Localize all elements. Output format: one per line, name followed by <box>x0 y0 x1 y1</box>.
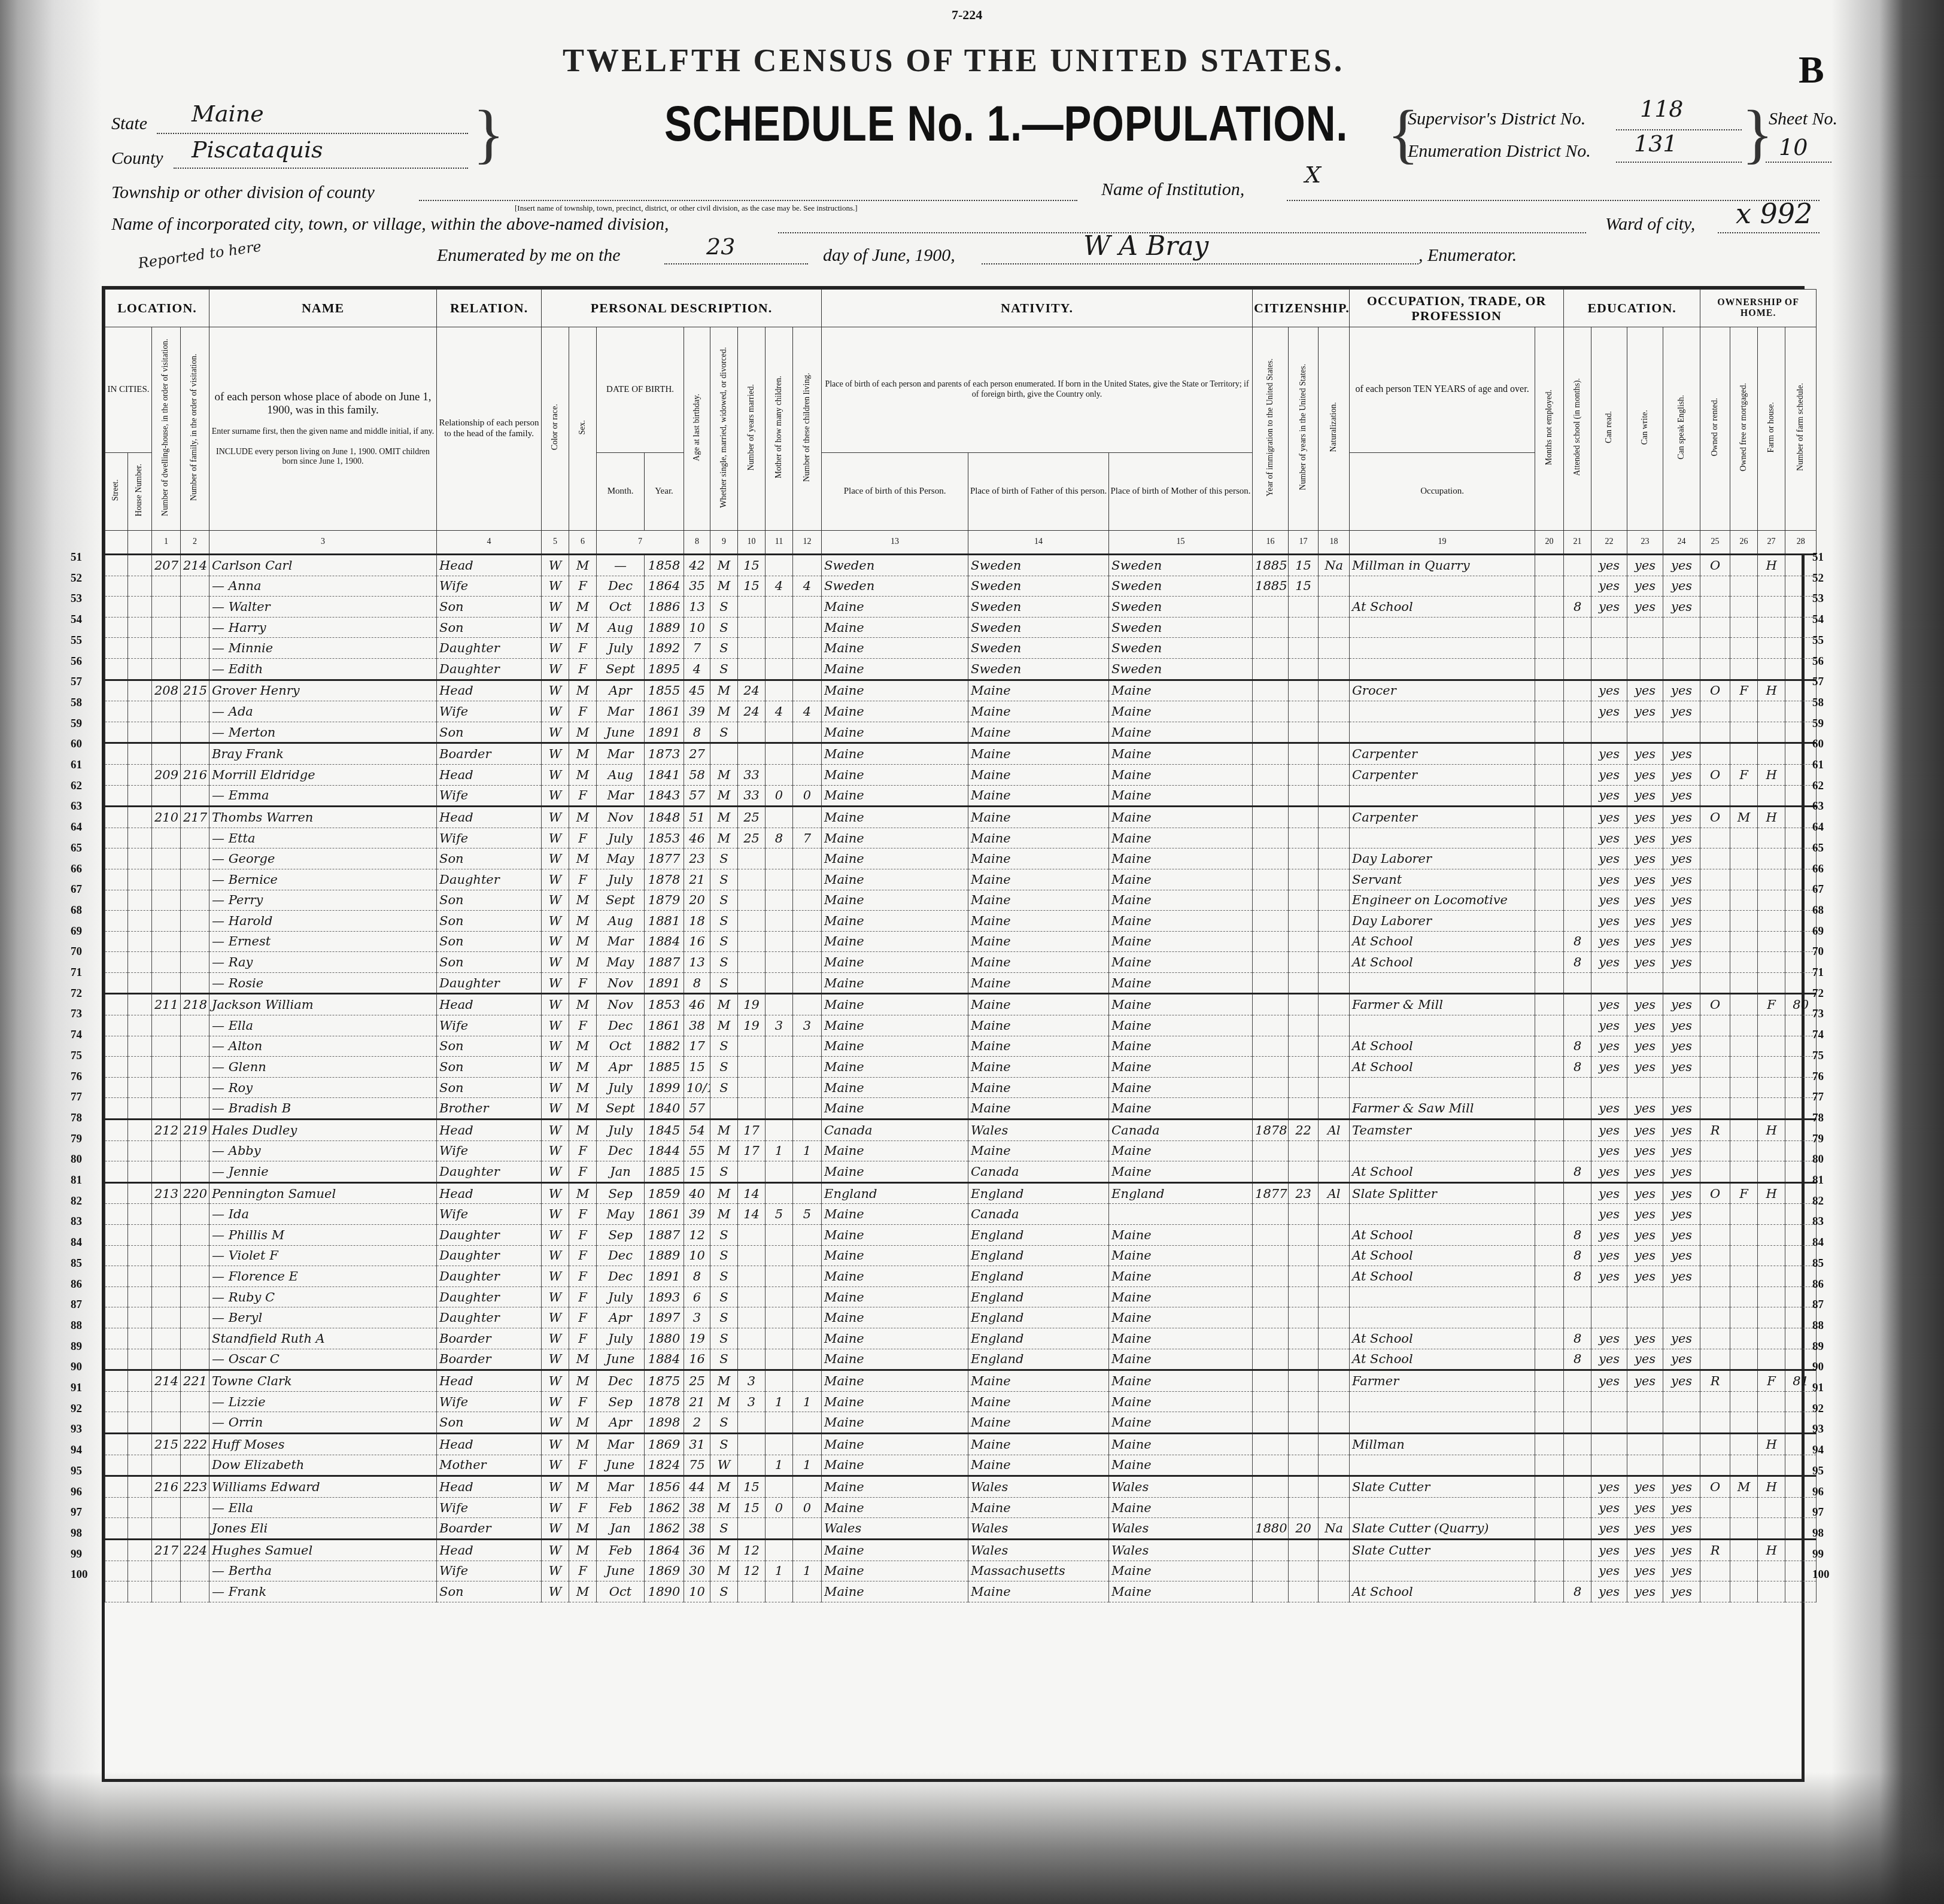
farm-schedule-cell <box>1785 890 1817 911</box>
can-read-cell <box>1591 1412 1627 1434</box>
house-number-cell <box>128 1328 152 1349</box>
farm-house-cell <box>1758 1140 1785 1161</box>
marital-status-cell <box>710 1098 738 1120</box>
name-cell: — Merton <box>209 722 437 743</box>
color-cell: W <box>542 1266 569 1287</box>
children-living-header: Number of these children living. <box>793 327 822 531</box>
marital-status-cell: M <box>710 828 738 848</box>
years-married-cell: 12 <box>738 1539 766 1561</box>
birthplace-cell: Maine <box>822 911 968 932</box>
birthplace-cell: Maine <box>822 743 968 765</box>
free-mortgaged-cell <box>1730 848 1758 869</box>
months-unemployed-cell <box>1535 1328 1564 1349</box>
years-married-cell <box>738 1245 766 1266</box>
dwelling-number-cell <box>152 890 181 911</box>
immigration-year-cell <box>1253 1057 1289 1078</box>
marital-status-cell: S <box>710 1077 738 1098</box>
age-cell: 10 <box>684 617 710 638</box>
children-born-cell <box>766 1307 793 1328</box>
line-number: 52 <box>71 572 82 585</box>
mother-birthplace-cell: Maine <box>1109 743 1253 765</box>
house-number-cell <box>128 785 152 807</box>
col-num: 17 <box>1289 531 1319 555</box>
children-living-cell <box>793 1036 822 1057</box>
house-number-cell <box>128 1015 152 1036</box>
line-number: 69 <box>1812 925 1824 938</box>
birth-year-cell: 1840 <box>645 1098 684 1120</box>
occupation-cell <box>1350 1307 1535 1328</box>
can-read-cell: yes <box>1591 1370 1627 1392</box>
mother-birthplace-cell: Maine <box>1109 807 1253 828</box>
name-cell: — Emma <box>209 785 437 807</box>
farm-house-cell <box>1758 1412 1785 1434</box>
dwelling-number-cell: 210 <box>152 807 181 828</box>
name-cell: — Ray <box>209 952 437 973</box>
occupation-cell: Millman in Quarry <box>1350 555 1535 576</box>
immigration-year-cell <box>1253 994 1289 1015</box>
color-cell: W <box>542 1497 569 1518</box>
relation-cell: Head <box>437 1182 542 1204</box>
years-married-cell: 33 <box>738 785 766 807</box>
months-unemployed-cell <box>1535 1161 1564 1183</box>
naturalization-cell <box>1319 1391 1350 1412</box>
line-number: 53 <box>71 592 82 606</box>
years-married-cell <box>738 1077 766 1098</box>
free-mortgaged-cell <box>1730 555 1758 576</box>
marital-status-cell: S <box>710 848 738 869</box>
can-write-cell: yes <box>1627 848 1663 869</box>
birth-year-cell: 1882 <box>645 1036 684 1057</box>
can-speak-english-cell: yes <box>1663 1098 1700 1120</box>
owned-rented-cell <box>1700 1245 1730 1266</box>
street-cell <box>105 597 128 618</box>
street-cell <box>105 1561 128 1581</box>
immigration-year-cell <box>1253 1245 1289 1266</box>
line-number: 60 <box>1812 738 1824 751</box>
birthplace-cell: Maine <box>822 1561 968 1581</box>
sex-cell: M <box>569 743 597 765</box>
can-write-cell: yes <box>1627 1245 1663 1266</box>
birthplace-cell: Maine <box>822 807 968 828</box>
months-unemployed-cell <box>1535 1497 1564 1518</box>
line-number: 98 <box>1812 1527 1824 1540</box>
mother-birthplace-cell: Maine <box>1109 1349 1253 1370</box>
naturalization-cell: Na <box>1319 555 1350 576</box>
children-living-cell <box>793 1581 822 1602</box>
house-number-cell <box>128 869 152 890</box>
birthplace-cell: Maine <box>822 722 968 743</box>
table-row: Dow ElizabethMotherWFJune182475W11MaineM… <box>105 1455 1817 1476</box>
father-birthplace-cell: Wales <box>968 1518 1109 1540</box>
children-living-cell <box>793 1412 822 1434</box>
years-married-cell <box>738 1349 766 1370</box>
line-number: 64 <box>71 821 82 834</box>
birth-month-cell: Dec <box>597 1140 645 1161</box>
farm-house-cell <box>1758 1204 1785 1225</box>
father-birthplace-cell: Maine <box>968 1433 1109 1455</box>
line-number: 89 <box>71 1340 82 1354</box>
owned-rented-cell <box>1700 952 1730 973</box>
line-number: 74 <box>71 1029 82 1042</box>
col-num: 28 <box>1785 531 1817 555</box>
color-cell: W <box>542 931 569 952</box>
color-cell: W <box>542 1539 569 1561</box>
street-cell <box>105 911 128 932</box>
school-months-header: Attended school (in months). <box>1564 327 1591 531</box>
age-cell: 23 <box>684 848 710 869</box>
dwelling-number-cell <box>152 1057 181 1078</box>
marital-status-cell: S <box>710 617 738 638</box>
naturalization-cell <box>1319 869 1350 890</box>
line-number: 100 <box>1812 1568 1830 1581</box>
sex-cell: M <box>569 1518 597 1540</box>
house-number-cell <box>128 701 152 722</box>
farm-schedule-cell <box>1785 743 1817 765</box>
school-months-cell <box>1564 1476 1591 1498</box>
school-months-cell <box>1564 576 1591 597</box>
table-row: — Florence EDaughterWFDec18918SMaineEngl… <box>105 1266 1817 1287</box>
name-cell: — Minnie <box>209 638 437 659</box>
table-row: — AdaWifeWFMar186139M2444MaineMaineMaine… <box>105 701 1817 722</box>
immigration-year-cell <box>1253 785 1289 807</box>
birthplace-cell: Maine <box>822 1015 968 1036</box>
years-married-cell <box>738 869 766 890</box>
mother-birthplace-cell: Maine <box>1109 1036 1253 1057</box>
school-months-cell <box>1564 680 1591 701</box>
dwelling-number-cell <box>152 1036 181 1057</box>
dwelling-number-cell <box>152 1497 181 1518</box>
table-row: Standfield Ruth ABoarderWFJuly188019SMai… <box>105 1328 1817 1349</box>
years-in-us-cell <box>1289 764 1319 785</box>
can-write-cell: yes <box>1627 1581 1663 1602</box>
sex-cell: F <box>569 1225 597 1246</box>
farm-schedule-cell <box>1785 1266 1817 1287</box>
years-married-cell <box>738 1036 766 1057</box>
occupation-cell <box>1350 972 1535 994</box>
can-write-cell <box>1627 1433 1663 1455</box>
col-num: 26 <box>1730 531 1758 555</box>
family-number-cell <box>181 1581 209 1602</box>
months-unemployed-cell <box>1535 1349 1564 1370</box>
farm-schedule-cell <box>1785 1307 1817 1328</box>
farm-schedule-cell <box>1785 1412 1817 1434</box>
farm-house-cell: F <box>1758 994 1785 1015</box>
table-row: 209216Morrill EldridgeHeadWMAug184158M33… <box>105 764 1817 785</box>
birth-month-cell: Apr <box>597 680 645 701</box>
years-married-cell <box>738 1518 766 1540</box>
line-number: 56 <box>71 655 82 668</box>
immigration-year-cell <box>1253 828 1289 848</box>
birth-month-cell: Mar <box>597 931 645 952</box>
children-living-cell <box>793 1057 822 1078</box>
school-months-cell: 8 <box>1564 1266 1591 1287</box>
can-read-cell: yes <box>1591 828 1627 848</box>
years-in-us-cell <box>1289 931 1319 952</box>
family-number-cell: 215 <box>181 680 209 701</box>
occupation-cell: At School <box>1350 1057 1535 1078</box>
years-married-cell: 12 <box>738 1561 766 1581</box>
farm-house-cell <box>1758 1286 1785 1307</box>
school-months-cell <box>1564 1497 1591 1518</box>
col-num: 3 <box>209 531 437 555</box>
years-in-us-cell <box>1289 994 1319 1015</box>
table-row: — BerniceDaughterWFJuly187821SMaineMaine… <box>105 869 1817 890</box>
relation-cell: Head <box>437 1476 542 1498</box>
free-mortgaged-cell: F <box>1730 764 1758 785</box>
school-months-cell <box>1564 911 1591 932</box>
can-read-cell <box>1591 1077 1627 1098</box>
mother-birthplace-cell: Maine <box>1109 1245 1253 1266</box>
mother-birthplace-cell: Maine <box>1109 1266 1253 1287</box>
free-mortgaged-cell <box>1730 1349 1758 1370</box>
free-mortgaged-cell <box>1730 1391 1758 1412</box>
birth-month-cell: Apr <box>597 1412 645 1434</box>
table-row: 208215Grover HenryHeadWMApr185545M24Main… <box>105 680 1817 701</box>
table-row: — AbbyWifeWFDec184455M1711MaineMaineMain… <box>105 1140 1817 1161</box>
owned-rented-cell: O <box>1700 1476 1730 1498</box>
free-mortgaged-cell <box>1730 1077 1758 1098</box>
table-row: — IdaWifeWFMay186139M1455MaineCanadayesy… <box>105 1204 1817 1225</box>
col-num: 7 <box>597 531 684 555</box>
line-number: 51 <box>71 551 82 564</box>
relation-cell: Wife <box>437 701 542 722</box>
immigration-year-cell <box>1253 1266 1289 1287</box>
years-in-us-cell <box>1289 1412 1319 1434</box>
months-unemployed-cell <box>1535 1286 1564 1307</box>
family-number-cell <box>181 952 209 973</box>
sex-cell: M <box>569 764 597 785</box>
can-speak-english-cell: yes <box>1663 680 1700 701</box>
color-cell: W <box>542 680 569 701</box>
can-speak-english-cell: yes <box>1663 869 1700 890</box>
name-cell: Standfield Ruth A <box>209 1328 437 1349</box>
children-born-cell <box>766 931 793 952</box>
line-number: 68 <box>71 904 82 917</box>
father-birthplace-cell: Maine <box>968 1370 1109 1392</box>
table-row: — RoySonWMJuly189910/12SMaineMaineMaine <box>105 1077 1817 1098</box>
immigration-year-cell <box>1253 1455 1289 1476</box>
farm-schedule-cell <box>1785 848 1817 869</box>
free-mortgaged-cell <box>1730 701 1758 722</box>
dwelling-number-cell <box>152 931 181 952</box>
years-married-cell <box>738 1455 766 1476</box>
farm-schedule-cell <box>1785 1204 1817 1225</box>
father-birthplace-cell: Maine <box>968 931 1109 952</box>
birth-year-cell: 1891 <box>645 1266 684 1287</box>
supervisor-value: 118 <box>1640 96 1684 122</box>
age-cell: 38 <box>684 1015 710 1036</box>
children-born-cell <box>766 1225 793 1246</box>
years-married-cell <box>738 1225 766 1246</box>
naturalization-cell: Al <box>1319 1182 1350 1204</box>
family-number-cell <box>181 1140 209 1161</box>
occupation-cell <box>1350 1497 1535 1518</box>
family-number-cell <box>181 1561 209 1581</box>
occupation-cell: Millman <box>1350 1433 1535 1455</box>
line-number: 85 <box>71 1257 82 1270</box>
relation-cell: Son <box>437 848 542 869</box>
naturalization-cell <box>1319 701 1350 722</box>
family-number-cell <box>181 701 209 722</box>
line-number: 80 <box>71 1153 82 1166</box>
color-cell: W <box>542 1077 569 1098</box>
school-months-cell <box>1564 1561 1591 1581</box>
age-cell: 6 <box>684 1286 710 1307</box>
line-number: 76 <box>1812 1070 1824 1084</box>
birthplace-cell: Maine <box>822 1057 968 1078</box>
occupation-cell: At School <box>1350 1036 1535 1057</box>
children-born-cell <box>766 597 793 618</box>
birth-year-cell: 1845 <box>645 1120 684 1141</box>
line-number: 70 <box>1812 945 1824 959</box>
group-citizenship: CITIZENSHIP. <box>1253 290 1350 327</box>
years-married-cell <box>738 638 766 659</box>
marital-status-cell: S <box>710 952 738 973</box>
line-number: 69 <box>71 925 82 938</box>
birth-month-cell: July <box>597 1328 645 1349</box>
free-mortgaged-cell <box>1730 1015 1758 1036</box>
children-born-cell: 8 <box>766 828 793 848</box>
birth-month-cell: Feb <box>597 1539 645 1561</box>
father-birthplace-cell: Maine <box>968 1581 1109 1602</box>
free-mortgaged-cell <box>1730 658 1758 680</box>
birth-month-cell: Nov <box>597 807 645 828</box>
table-row: — EttaWifeWFJuly185346M2587MaineMaineMai… <box>105 828 1817 848</box>
margin-note: Reported to here <box>137 238 262 272</box>
owned-rented-cell <box>1700 931 1730 952</box>
immigration-year-cell <box>1253 1307 1289 1328</box>
children-born-cell <box>766 680 793 701</box>
immigration-year-cell <box>1253 680 1289 701</box>
street-cell <box>105 1036 128 1057</box>
marital-status-cell: S <box>710 1328 738 1349</box>
school-months-cell <box>1564 890 1591 911</box>
street-cell <box>105 972 128 994</box>
marital-status-cell: M <box>710 994 738 1015</box>
can-speak-english-cell: yes <box>1663 828 1700 848</box>
school-months-cell <box>1564 1077 1591 1098</box>
relation-cell: Head <box>437 764 542 785</box>
can-write-cell: yes <box>1627 555 1663 576</box>
father-birthplace-cell: Sweden <box>968 658 1109 680</box>
children-living-cell <box>793 890 822 911</box>
school-months-cell <box>1564 1286 1591 1307</box>
father-birthplace-cell: Maine <box>968 1077 1109 1098</box>
farm-schedule-cell <box>1785 1286 1817 1307</box>
years-in-us-cell <box>1289 1077 1319 1098</box>
school-months-cell <box>1564 848 1591 869</box>
children-living-cell <box>793 1077 822 1098</box>
naturalization-header: Naturalization. <box>1319 327 1350 531</box>
can-read-cell: yes <box>1591 1204 1627 1225</box>
months-unemployed-cell <box>1535 555 1564 576</box>
can-read-cell: yes <box>1591 931 1627 952</box>
birthplace-cell: Maine <box>822 1077 968 1098</box>
line-number: 95 <box>1812 1465 1824 1478</box>
line-number: 94 <box>1812 1444 1824 1457</box>
birth-year-cell: 1858 <box>645 555 684 576</box>
birth-mother-header: Place of birth of Mother of this person. <box>1109 453 1253 531</box>
marital-status-cell <box>710 743 738 765</box>
dwelling-number-cell <box>152 576 181 597</box>
birth-month-cell: Apr <box>597 1057 645 1078</box>
children-living-cell <box>793 680 822 701</box>
sex-cell: F <box>569 1204 597 1225</box>
can-write-cell: yes <box>1627 1349 1663 1370</box>
birth-month-cell: Dec <box>597 1245 645 1266</box>
children-born-cell: 4 <box>766 576 793 597</box>
house-number-cell <box>128 828 152 848</box>
can-speak-english-cell <box>1663 1077 1700 1098</box>
months-unemployed-cell <box>1535 807 1564 828</box>
years-in-us-cell <box>1289 890 1319 911</box>
naturalization-cell <box>1319 1349 1350 1370</box>
family-number-cell <box>181 1266 209 1287</box>
marital-status-cell: S <box>710 972 738 994</box>
owned-rented-cell <box>1700 617 1730 638</box>
owned-rented-cell <box>1700 1412 1730 1434</box>
date-of-birth-header: DATE OF BIRTH. <box>597 327 684 453</box>
children-born-cell <box>766 1328 793 1349</box>
farm-house-cell <box>1758 1328 1785 1349</box>
birth-year-cell: 1891 <box>645 972 684 994</box>
immigration-year-cell <box>1253 890 1289 911</box>
dwelling-number-cell: 215 <box>152 1433 181 1455</box>
children-living-cell <box>793 911 822 932</box>
immigration-year-cell <box>1253 1161 1289 1183</box>
father-birthplace-cell: Maine <box>968 911 1109 932</box>
occupation-cell <box>1350 1015 1535 1036</box>
can-read-cell <box>1591 972 1627 994</box>
farm-house-cell <box>1758 848 1785 869</box>
age-cell: 55 <box>684 1140 710 1161</box>
naturalization-cell <box>1319 931 1350 952</box>
col-num: 20 <box>1535 531 1564 555</box>
father-birthplace-cell: Maine <box>968 1497 1109 1518</box>
mother-birthplace-cell: Wales <box>1109 1518 1253 1540</box>
birth-year-cell: 1873 <box>645 743 684 765</box>
occupation-header: Occupation. <box>1350 453 1535 531</box>
can-write-cell <box>1627 638 1663 659</box>
years-married-cell <box>738 658 766 680</box>
father-birthplace-cell: Maine <box>968 848 1109 869</box>
col-num: 8 <box>684 531 710 555</box>
school-months-cell: 8 <box>1564 1245 1591 1266</box>
farm-house-cell <box>1758 1098 1785 1120</box>
immigration-year-cell <box>1253 658 1289 680</box>
relation-cell: Brother <box>437 1098 542 1120</box>
can-read-cell <box>1591 1455 1627 1476</box>
line-number: 55 <box>71 634 82 647</box>
street-cell <box>105 869 128 890</box>
mother-birthplace-cell: Maine <box>1109 1497 1253 1518</box>
house-number-cell <box>128 764 152 785</box>
school-months-cell <box>1564 1539 1591 1561</box>
sex-cell: F <box>569 1245 597 1266</box>
occupation-cell: Slate Cutter <box>1350 1539 1535 1561</box>
family-number-cell <box>181 1015 209 1036</box>
farm-house-cell <box>1758 869 1785 890</box>
children-born-cell <box>766 555 793 576</box>
table-row: 210217Thombs WarrenHeadWMNov184851M25Mai… <box>105 807 1817 828</box>
naturalization-cell <box>1319 911 1350 932</box>
can-read-cell: yes <box>1591 1497 1627 1518</box>
occupation-cell: Farmer & Saw Mill <box>1350 1098 1535 1120</box>
children-born-cell <box>766 743 793 765</box>
can-read-cell: yes <box>1591 848 1627 869</box>
birth-month-cell: Jan <box>597 1161 645 1183</box>
table-row: 207214Carlson CarlHeadWM—185842M15Sweden… <box>105 555 1817 576</box>
